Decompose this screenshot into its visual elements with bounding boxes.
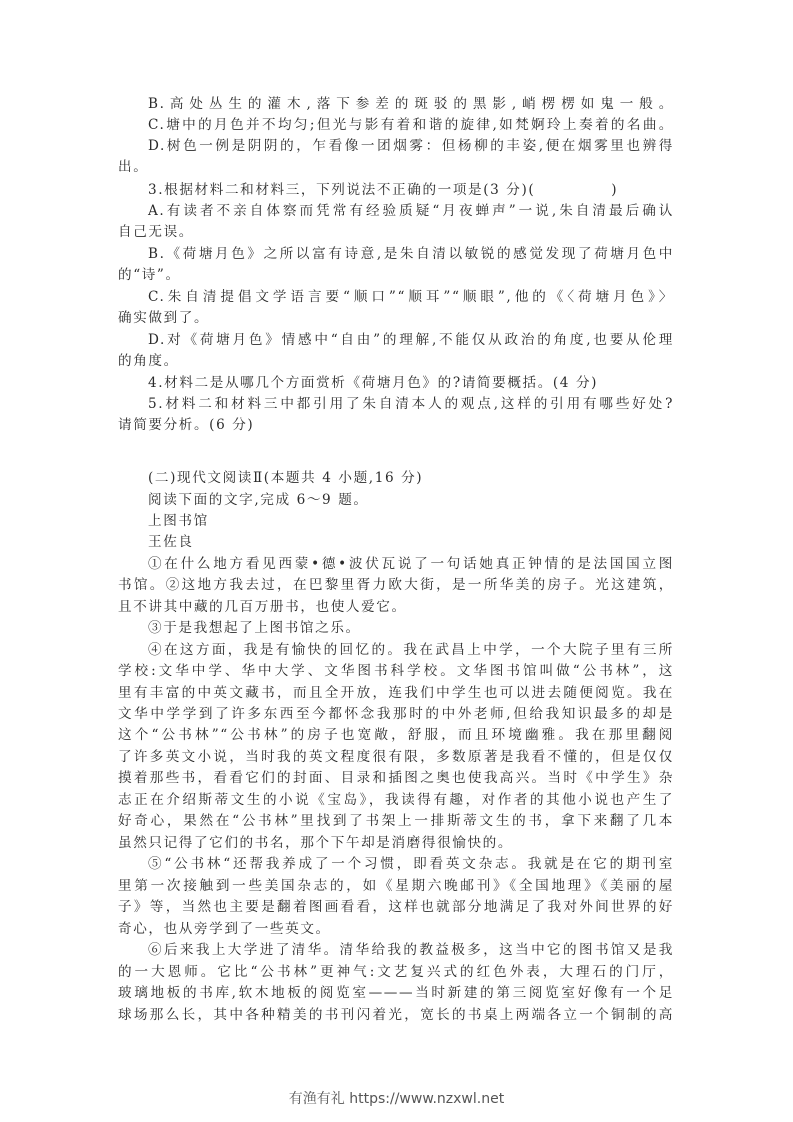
q5-line2: 请简要分析。(6 分) [118,415,674,435]
watermark-footer: 有渔有礼 https://www.nzxwl.net [0,1088,793,1108]
paragraph-6-line: 玻璃地板的书库,软木地板的阅览室———当时新建的第三阅览室好像有一个足 [118,983,674,1003]
paragraph-1-line: 书馆。②这地方我去过，在巴黎里胥力欧大街，是一所华美的房子。光这建筑， [118,575,674,595]
q5-line1: 5.材料二和材料三中都引用了朱自清本人的观点,这样的引用有哪些好处? [148,394,674,414]
paragraph-4-line: 里有丰富的中英文藏书，而且全开放，连我们中学生也可以进去随便阅览。我在 [118,683,674,703]
q3-option-a-line2: 自己无误。 [118,222,674,242]
q3-option-d-line1: D.对《荷塘月色》情感中“自由”的理解,不能仅从政治的角度,也要从伦理 [148,330,674,350]
paragraph-1-line: 且不讲其中藏的几百万册书，也使人爱它。 [118,597,674,617]
q3-option-b-line1: B.《荷塘月色》之所以富有诗意,是朱自清以敏锐的感觉发现了荷塘月色中 [148,244,674,264]
paragraph-4-line: 志正在介绍斯蒂文生的小说《宝岛》，我读得有趣，对作者的其他小说也产生了 [118,790,674,810]
q3-option-c-line1: C.朱自清提倡文学语言要“顺口”“顺耳”“顺眼”,他的《〈荷塘月色》〉 [148,287,674,307]
q2-option-d-line2: 出。 [118,157,674,177]
q3-option-b-line2: 的“诗”。 [118,265,674,285]
document-page: B.高处丛生的灌木,落下参差的斑驳的黑影,峭楞楞如鬼一般。 C.塘中的月色并不均… [0,0,793,1122]
paragraph-3: ③于是我想起了上图书馆之乐。 [148,618,674,638]
article-title: 上图书馆 [148,511,674,531]
paragraph-4-line: ④在这方面，我是有愉快的回忆的。我在武昌上中学，一个大院子里有三所 [148,640,674,660]
paragraph-4-line: 学校:文华中学、华中大学、文华图书科学校。文华图书馆叫做“公书林”，这 [118,661,674,681]
q2-option-c: C.塘中的月色并不均匀;但光与影有着和谐的旋律,如梵婀玲上奏着的名曲。 [148,115,674,135]
paragraph-5-line: 奇心，也从旁学到了一些英文。 [118,919,674,939]
paragraph-4-line: 了许多英文小说，当时我的英文程度很有限，多数原著是我看不懂的，但是仅仅 [118,747,674,767]
paragraph-6-line: 球场那么长，其中各种精美的书刊闪着光，宽长的书桌上两端各立一个铜制的高 [118,1005,674,1025]
paragraph-5-line: 里第一次接触到一些美国杂志的，如《星期六晚邮刊》《全国地理》《美丽的屋 [118,876,674,896]
q4: 4.材料二是从哪几个方面赏析《荷塘月色》的?请简要概括。(4 分) [148,373,674,393]
article-author: 王佐良 [148,532,674,552]
q3-option-a-line1: A.有读者不亲自体察而凭常有经验质疑“月夜蝉声”一说,朱自清最后确认 [148,201,674,221]
paragraph-5-line: ⑤“公书林“还帮我养成了一个习惯，即看英文杂志。我就是在它的期刊室 [148,854,674,874]
q3-option-d-line2: 的角度。 [118,351,674,371]
paragraph-4-line: 摸着那些书，看看它们的封面、目录和插图之奥也使我高兴。当时《中学生》杂 [118,768,674,788]
paragraph-5-line: 子》等，当然也主要是翻着图画看看，这样也就部分地满足了我对外间世界的好 [118,897,674,917]
q3-stem: 3.根据材料二和材料三，下列说法不正确的一项是(3 分)( ) [148,180,674,200]
reading-instruction: 阅读下面的文字,完成 6～9 题。 [148,490,674,510]
q2-option-b: B.高处丛生的灌木,落下参差的斑驳的黑影,峭楞楞如鬼一般。 [148,94,674,114]
paragraph-4-line: 虽然只记得了它们的书名，那个下午却是消磨得很愉快的。 [118,833,674,853]
paragraph-4-line: 这个“公书林”“公书林”的房子也宽敞，舒服，而且环境幽雅。我在那里翻阅 [118,725,674,745]
section-heading: (二)现代文阅读Ⅱ(本题共 4 小题,16 分) [148,468,674,488]
paragraph-6-line: ⑥后来我上大学进了清华。清华给我的教益极多，这当中它的图书馆又是我 [148,940,674,960]
q2-option-d-line1: D.树色一例是阴阴的，乍看像一团烟雾：但杨柳的丰姿,便在烟雾里也辨得 [148,136,674,156]
paragraph-1-line: ①在什么地方看见西蒙•德•波伏瓦说了一句话她真正钟情的是法国国立图 [148,554,674,574]
paragraph-4-line: 文华中学学到了许多东西至今都怀念我那时的中外老师,但给我知识最多的却是 [118,704,674,724]
paragraph-6-line: 的一大恩师。它比“公书林”更神气:文艺复兴式的红色外表，大理石的门厅， [118,962,674,982]
paragraph-4-line: 好奇心，果然在“公书林”里找到了书架上一排斯蒂文生的书，拿下来翻了几本 [118,811,674,831]
q3-option-c-line2: 确实做到了。 [118,308,674,328]
